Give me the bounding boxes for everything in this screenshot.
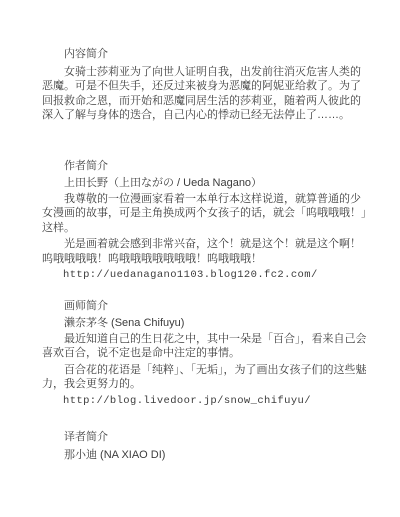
artist-name: 濑奈茅冬 (Sena Chifuyu) — [42, 316, 368, 331]
content-summary-heading: 内容简介 — [42, 47, 368, 62]
artist-bio-paragraph-2: 百合花的花语是「纯粹」、「无垢」，为了画出女孩子们的这些魅力，我会更努力的。 — [42, 363, 368, 392]
artist-bio-heading: 画师简介 — [42, 299, 368, 314]
translator-bio-heading: 译者简介 — [42, 430, 368, 445]
author-name: 上田长野（上田ながの / Ueda Nagano） — [42, 176, 368, 191]
section-content-summary: 内容简介 女骑士莎莉亚为了向世人证明自我，出发前往消灭危害人类的恶魔。可是不但失… — [42, 47, 368, 123]
section-artist-bio: 画师简介 濑奈茅冬 (Sena Chifuyu) 最近知道自己的生日花之中，其中… — [42, 299, 368, 409]
artist-bio-paragraph-1: 最近知道自己的生日花之中，其中一朵是「百合」，看来自己会喜欢百合，说不定也是命中… — [42, 332, 368, 361]
artist-blog-url: http://blog.livedoor.jp/snow_chifuyu/ — [42, 394, 368, 409]
translator-name: 那小迪 (NA XIAO DI) — [42, 448, 368, 463]
author-bio-paragraph-1: 我尊敬的一位漫画家看着一本单行本这样说道，就算普通的少女漫画的故事，可是主角换成… — [42, 192, 368, 236]
author-bio-paragraph-2: 光是画着就会感到非常兴奋，这个！就是这个！就是这个啊！呜哦哦哦哦！呜哦哦哦哦哦哦… — [42, 237, 368, 266]
document-page: 内容简介 女骑士莎莉亚为了向世人证明自我，出发前往消灭危害人类的恶魔。可是不但失… — [0, 0, 400, 517]
author-blog-url: http://uedanagano1103.blog120.fc2.com/ — [42, 268, 368, 283]
section-author-bio: 作者简介 上田长野（上田ながの / Ueda Nagano） 我尊敬的一位漫画家… — [42, 159, 368, 283]
author-bio-heading: 作者简介 — [42, 159, 368, 174]
content-summary-paragraph: 女骑士莎莉亚为了向世人证明自我，出发前往消灭危害人类的恶魔。可是不但失手，还反过… — [42, 65, 368, 123]
section-translator-bio: 译者简介 那小迪 (NA XIAO DI) — [42, 430, 368, 462]
